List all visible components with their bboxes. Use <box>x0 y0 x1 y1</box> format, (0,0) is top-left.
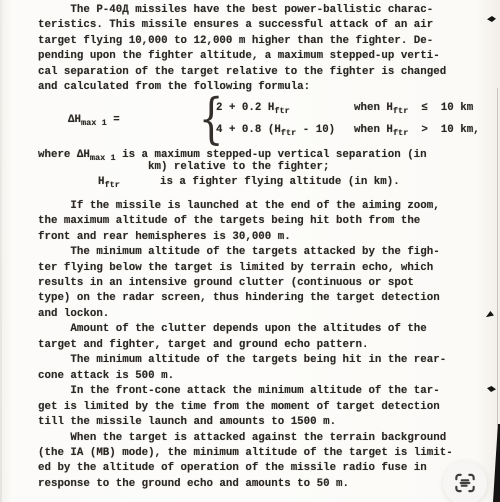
case2-terms: 4 + 0.8 (H <box>216 124 281 136</box>
case2-when: when H <box>354 124 393 136</box>
subscript-ftr: ftr <box>104 180 119 190</box>
scan-artifact-top-right <box>487 16 496 22</box>
formula-block: ΔHmax 1 = { 2 + 0.2 Hftrwhen Hftr ≤ 10 k… <box>38 96 488 199</box>
subscript-max1: max 1 <box>90 153 116 163</box>
page-right-edge-dark-bar <box>493 424 500 502</box>
case2-terms-tail: - 10) <box>296 124 335 136</box>
subscript-ftr: ftr <box>274 106 289 116</box>
case2-expression: 4 + 0.8 (Hftr - 10) <box>216 123 354 142</box>
document-text: The P-40Д missiles have the best power-b… <box>38 3 488 492</box>
page-left-edge-shadow <box>0 0 2 502</box>
paragraph-terrain-echo: The minimum altitude of the targets atta… <box>38 245 488 322</box>
scanned-document-page: The P-40Д missiles have the best power-b… <box>0 0 500 502</box>
case1-terms: 2 + 0.2 H <box>216 102 274 114</box>
where-clause-line2: km) relative to the fighter; <box>148 160 329 175</box>
case1-inequality: ≤ 10 km <box>408 102 473 114</box>
where-clause-line3: Hftris a fighter flying altitude (in km)… <box>98 175 400 194</box>
case2-condition: when Hftr > 10 km, <box>354 124 480 136</box>
paragraph-front-cone: In the front-cone attack the minimum alt… <box>38 384 488 430</box>
formula-case-1: 2 + 0.2 Hftrwhen Hftr ≤ 10 km <box>216 101 473 120</box>
page-right-edge-line <box>497 88 499 426</box>
hftr-definition: is a fighter flying altitude (in km). <box>160 176 400 188</box>
delta-h-symbol: ΔH <box>68 114 81 126</box>
case1-condition: when Hftr ≤ 10 km <box>354 102 473 114</box>
paragraph-intro: The P-40Д missiles have the best power-b… <box>38 3 488 96</box>
subscript-ftr: ftr <box>393 106 408 116</box>
case1-expression: 2 + 0.2 Hftr <box>216 101 354 120</box>
subscript-ftr: ftr <box>281 128 296 138</box>
scan-artifact-lower-right <box>487 386 496 392</box>
paragraph-terrain-background: When the target is attacked against the … <box>38 431 488 493</box>
subscript-ftr: ftr <box>393 128 408 138</box>
subscript-max1: max 1 <box>81 118 107 128</box>
paragraph-aiming-zoom: If the missile is launched at the end of… <box>38 199 488 245</box>
case2-inequality: > 10 km, <box>408 124 479 136</box>
equals-sign: = <box>107 114 120 126</box>
formula-case-2: 4 + 0.8 (Hftr - 10)when Hftr > 10 km, <box>216 123 480 142</box>
paragraph-clutter: Amount of the clutter depends upon the a… <box>38 322 488 353</box>
paragraph-rear-cone: The minimum altitude of the targets bein… <box>38 353 488 384</box>
scan-text-icon <box>452 470 478 496</box>
formula-lhs: ΔHmax 1 = <box>68 113 120 132</box>
case1-when: when H <box>354 102 393 114</box>
where-delta-h: where ΔH <box>38 149 90 161</box>
live-text-button[interactable] <box>443 461 487 502</box>
